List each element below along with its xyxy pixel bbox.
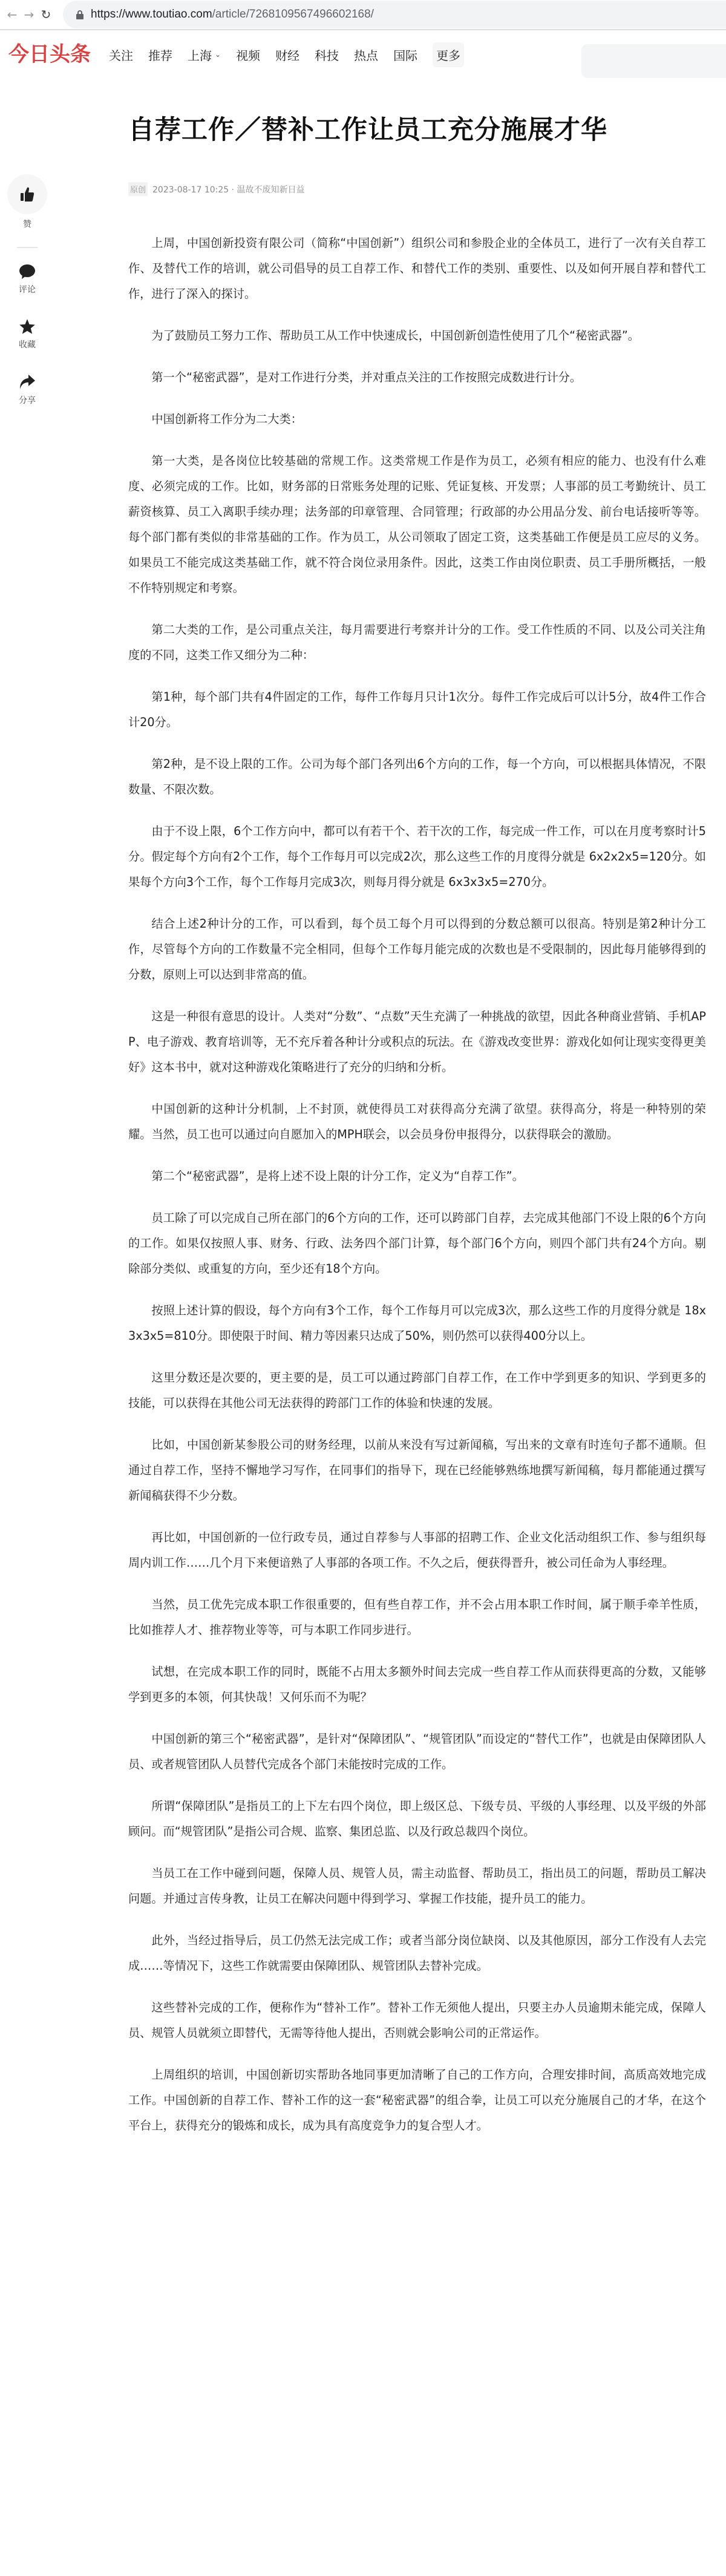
paragraph: 中国创新的第三个“秘密武器”，是针对“保障团队”、“规管团队”而设定的“替代工作… xyxy=(128,1726,706,1777)
paragraph: 第二大类的工作，是公司重点关注，每月需要进行考察并计分的工作。受工作性质的不同、… xyxy=(128,617,706,668)
nav-item-video[interactable]: 视频 xyxy=(236,46,260,64)
paragraph: 员工除了可以完成自己所在部门的6个方向的工作，还可以跨部门自荐，去完成其他部门不… xyxy=(128,1205,706,1282)
paragraph: 当然，员工优先完成本职工作很重要的，但有些自荐工作，并不会占用本职工作时间，属于… xyxy=(128,1592,706,1643)
arrow-left-icon: ← xyxy=(7,7,18,22)
paragraph: 为了鼓励员工努力工作、帮助员工从工作中快速成长，中国创新创造性使用了几个“秘密武… xyxy=(128,323,706,349)
nav-item-hot[interactable]: 热点 xyxy=(354,46,378,64)
original-badge: 原创 xyxy=(128,182,148,196)
paragraph: 第1种，每个部门共有4件固定的工作，每件工作每月只计1次分。每件工作完成后可以计… xyxy=(128,684,706,735)
share-icon xyxy=(19,373,36,390)
thumbs-up-icon xyxy=(20,186,34,202)
action-rail: 赞 评论 收藏 分享 xyxy=(0,169,54,429)
top-nav: 关注 推荐 上海⌄ 视频 财经 科技 热点 国际 更多 xyxy=(109,42,464,67)
nav-item-follow[interactable]: 关注 xyxy=(109,46,133,64)
lock-icon xyxy=(76,10,83,19)
favorite-button[interactable]: 收藏 xyxy=(19,318,36,350)
paragraph: 第一个“秘密武器”，是对工作进行分类，并对重点关注的工作按照完成数进行计分。 xyxy=(128,365,706,390)
search-input[interactable] xyxy=(581,44,726,78)
chevron-down-icon: ⌄ xyxy=(215,50,221,59)
comment-label: 评论 xyxy=(19,283,36,295)
paragraph: 这些替补完成的工作，便称作为“替补工作”。替补工作无须他人提出，只要主办人员逾期… xyxy=(128,1995,706,2046)
paragraph: 所谓“保障团队”是指员工的上下左右四个岗位，即上级区总、下级专员、平级的人事经理… xyxy=(128,1794,706,1844)
reload-icon: ↻ xyxy=(41,7,51,22)
forward-button[interactable]: → xyxy=(21,6,38,23)
paragraph: 上周组织的培训，中国创新切实帮助各地同事更加清晰了自己的工作方向，合理安排时间，… xyxy=(128,2062,706,2138)
rail-divider xyxy=(17,247,38,248)
share-button[interactable]: 分享 xyxy=(19,373,36,406)
favorite-label: 收藏 xyxy=(19,338,36,350)
nav-item-finance[interactable]: 财经 xyxy=(275,46,299,64)
paragraph: 第2种，是不设上限的工作。公司为每个部门各列出6个方向的工作，每一个方向，可以根… xyxy=(128,752,706,802)
paragraph: 第一大类，是各岗位比较基础的常规工作。这类常规工作是作为员工，必须有相应的能力、… xyxy=(128,448,706,601)
paragraph: 按照上述计算的假设，每个方向有3个工作，每个工作每月可以完成3次，那么这些工作的… xyxy=(128,1298,706,1349)
nav-item-recommend[interactable]: 推荐 xyxy=(148,46,172,64)
arrow-right-icon: → xyxy=(24,7,34,22)
paragraph: 这里分数还是次要的，更主要的是，员工可以通过跨部门自荐工作，在工作中学到更多的知… xyxy=(128,1365,706,1416)
paragraph: 这是一种很有意思的设计。人类对“分数”、“点数”天生充满了一种挑战的欲望，因此各… xyxy=(128,1004,706,1080)
paragraph: 比如，中国创新某参股公司的财务经理，以前从来没有写过新闻稿，写出来的文章有时连句… xyxy=(128,1432,706,1509)
paragraph: 中国创新的这种计分机制，上不封顶，就使得员工对获得高分充满了欲望。获得高分，将是… xyxy=(128,1096,706,1147)
paragraph: 结合上述2种计分的工作，可以看到，每个员工每个月可以得到的分数总额可以很高。特别… xyxy=(128,911,706,988)
nav-item-city-shanghai[interactable]: 上海⌄ xyxy=(188,46,221,64)
article-body: 上周，中国创新投资有限公司（简称“中国创新”）组织公司和参股企业的全体员工，进行… xyxy=(128,231,706,2138)
paragraph: 第二个“秘密武器”，是将上述不设上限的计分工作，定义为“自荐工作”。 xyxy=(128,1164,706,1189)
browser-toolbar: ← → ↻ https://www.toutiao.com/article/72… xyxy=(0,0,726,30)
url-path: /article/7268109567496602168/ xyxy=(212,8,374,21)
article: 自荐工作／替补工作让员工充分施展才华 原创 2023-08-17 10:25 ·… xyxy=(128,112,706,2155)
like-button[interactable] xyxy=(7,174,47,214)
share-label: 分享 xyxy=(19,394,36,406)
toutiao-logo[interactable]: 今日头条 xyxy=(8,44,91,65)
back-button[interactable]: ← xyxy=(4,6,21,23)
address-bar[interactable]: https://www.toutiao.com/article/72681095… xyxy=(63,1,726,28)
paragraph: 再比如，中国创新的一位行政专员，通过自荐参与人事部的招聘工作、企业文化活动组织工… xyxy=(128,1525,706,1576)
like-label: 赞 xyxy=(23,218,31,230)
nav-item-international[interactable]: 国际 xyxy=(393,46,417,64)
nav-item-tech[interactable]: 科技 xyxy=(315,46,339,64)
publish-info[interactable]: 2023-08-17 10:25 · 温故不废知新日益 xyxy=(152,183,305,195)
url-host: https://www.toutiao.com xyxy=(91,8,212,21)
paragraph: 中国创新将工作分为二大类： xyxy=(128,407,706,432)
reload-button[interactable]: ↻ xyxy=(38,6,54,23)
article-title: 自荐工作／替补工作让员工充分施展才华 xyxy=(128,112,706,148)
comment-icon xyxy=(19,264,36,280)
paragraph: 上周，中国创新投资有限公司（简称“中国创新”）组织公司和参股企业的全体员工，进行… xyxy=(128,231,706,307)
comment-button[interactable]: 评论 xyxy=(19,264,36,295)
paragraph: 试想，在完成本职工作的同时，既能不占用太多额外时间去完成一些自荐工作从而获得更高… xyxy=(128,1659,706,1710)
article-meta: 原创 2023-08-17 10:25 · 温故不废知新日益 xyxy=(128,182,706,196)
nav-item-more[interactable]: 更多 xyxy=(433,42,464,67)
paragraph: 由于不设上限，6个工作方向中，都可以有若干个、若干次的工作，每完成一件工作，可以… xyxy=(128,819,706,895)
star-icon xyxy=(19,318,36,335)
paragraph: 此外，当经过指导后，员工仍然无法完成工作；或者当部分岗位缺岗、以及其他原因，部分… xyxy=(128,1928,706,1979)
paragraph: 当员工在工作中碰到问题，保障人员、规管人员，需主动监督、帮助员工，指出员工的问题… xyxy=(128,1861,706,1912)
